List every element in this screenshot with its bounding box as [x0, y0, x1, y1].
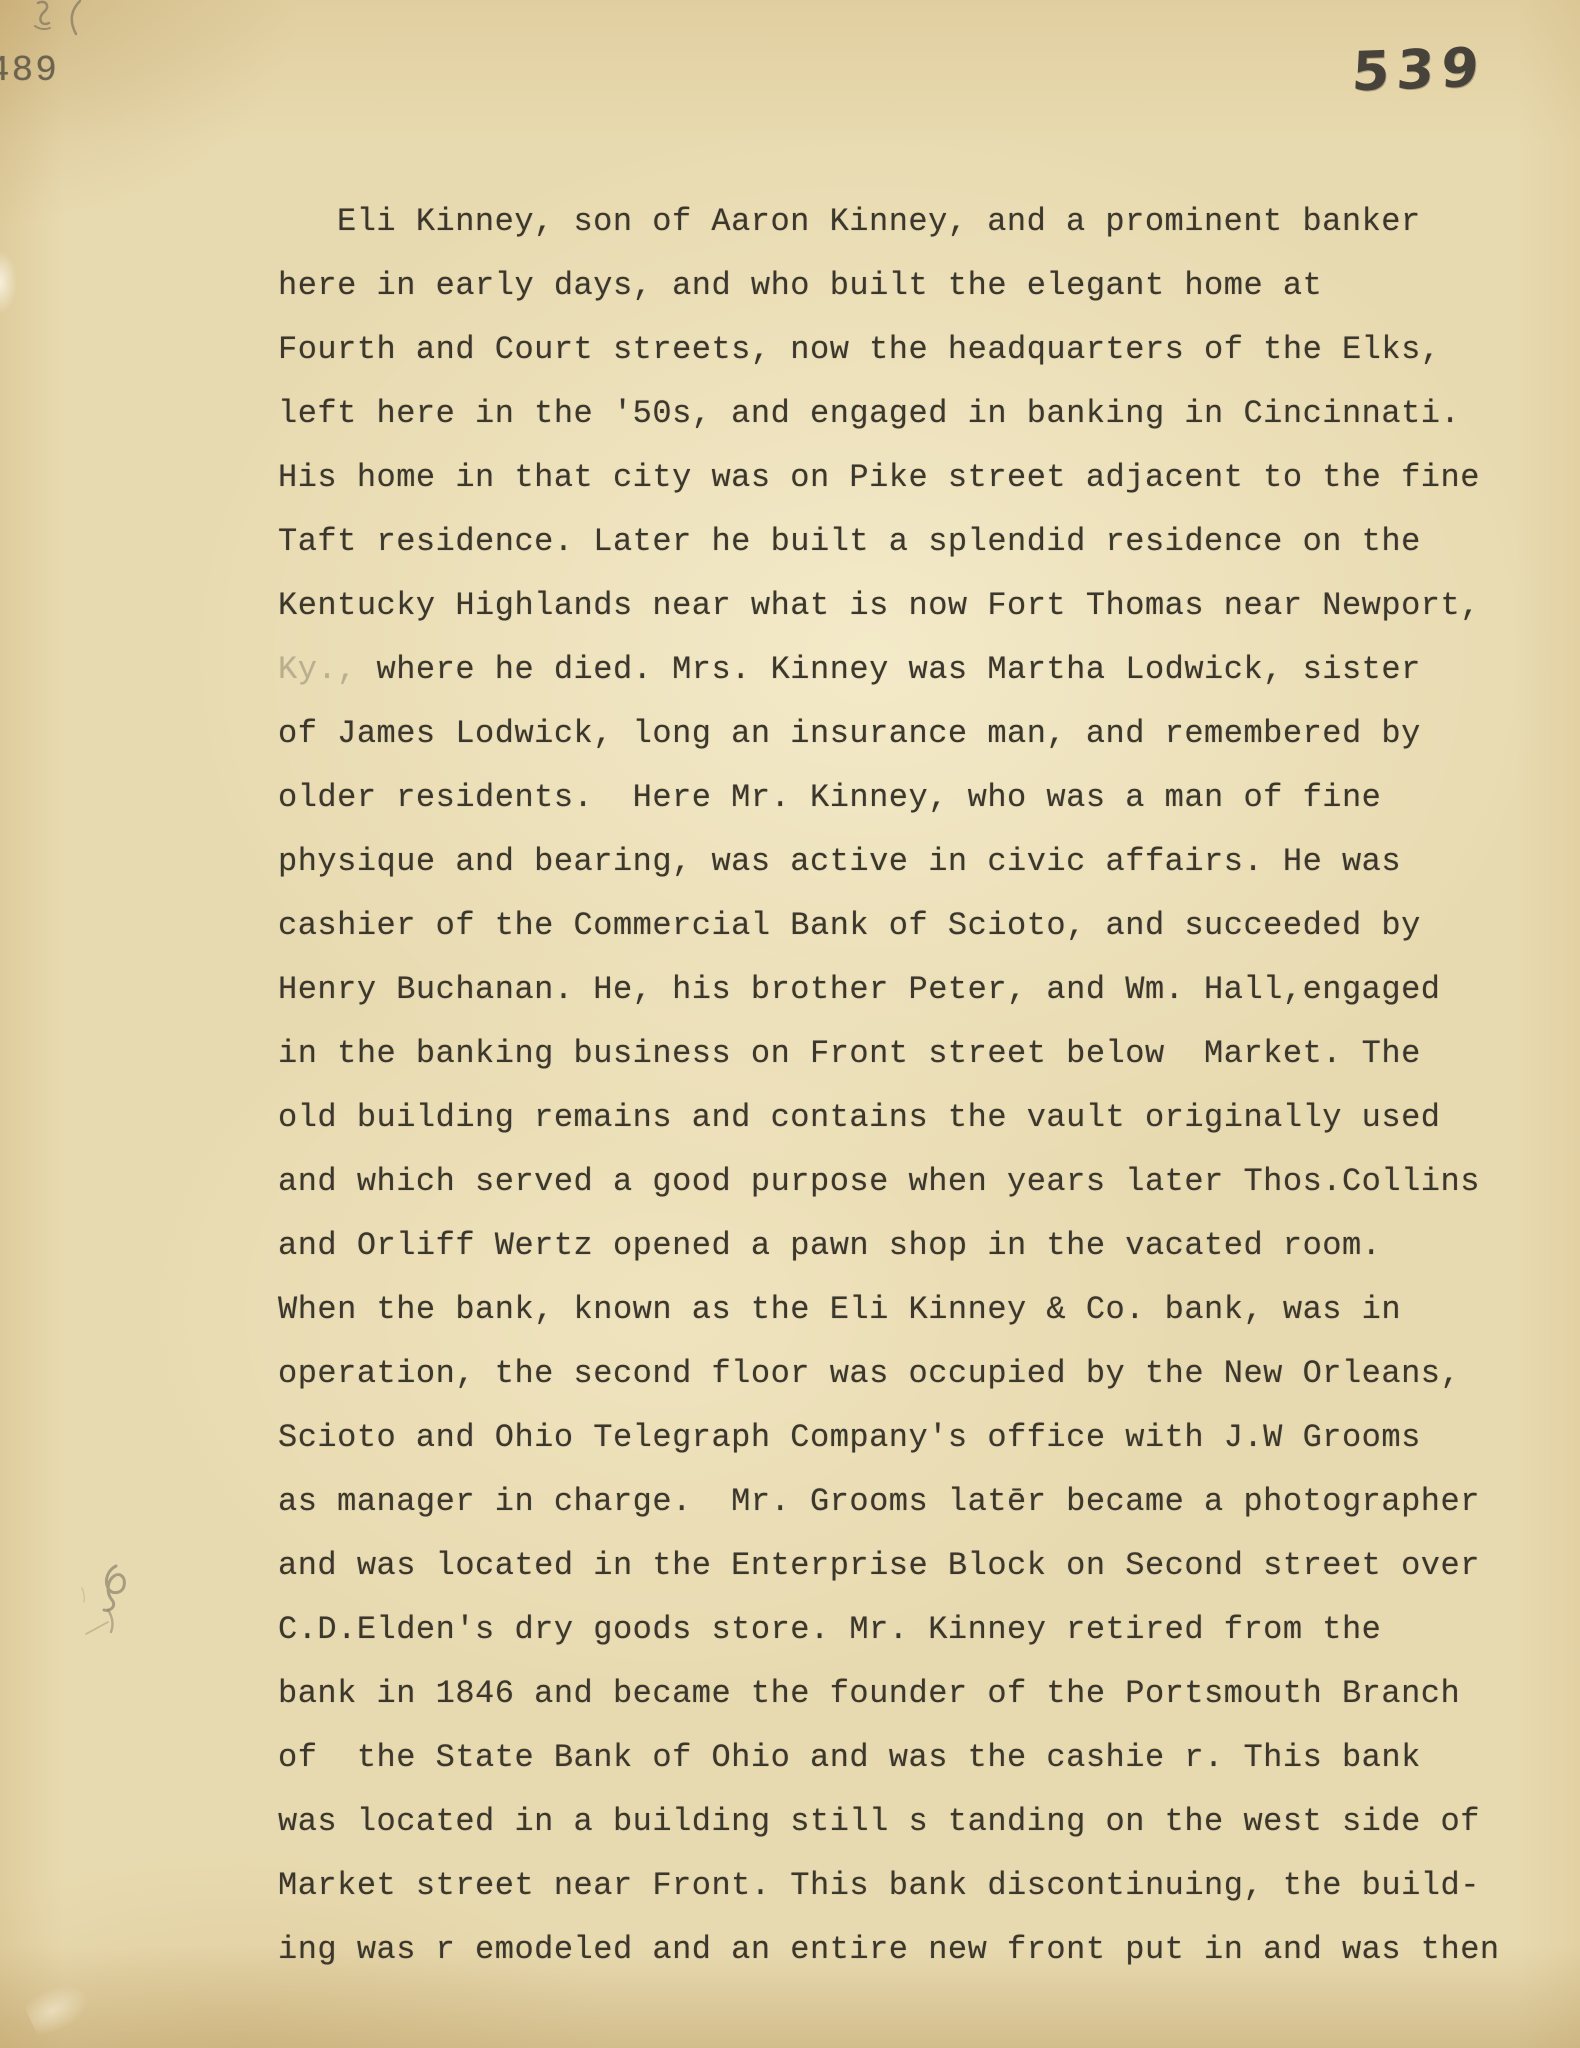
text-line: Kentucky Highlands near what is now Fort…	[278, 574, 1518, 638]
text-line: Ky., where he died. Mrs. Kinney was Mart…	[278, 638, 1518, 702]
text-line: Eli Kinney, son of Aaron Kinney, and a p…	[278, 190, 1518, 254]
text-line: bank in 1846 and became the founder of t…	[278, 1662, 1518, 1726]
text-line: left here in the '50s, and engaged in ba…	[278, 382, 1518, 446]
text-line: and was located in the Enterprise Block …	[278, 1534, 1518, 1598]
text-line: C.D.Elden's dry goods store. Mr. Kinney …	[278, 1598, 1518, 1662]
text-line: When the bank, known as the Eli Kinney &…	[278, 1278, 1518, 1342]
text-line: His home in that city was on Pike street…	[278, 446, 1518, 510]
text-line: operation, the second floor was occupied…	[278, 1342, 1518, 1406]
line-text: where he died. Mrs. Kinney was Martha Lo…	[357, 651, 1421, 688]
text-line: older residents. Here Mr. Kinney, who wa…	[278, 766, 1518, 830]
text-line: and which served a good purpose when yea…	[278, 1150, 1518, 1214]
text-line: physique and bearing, was active in civi…	[278, 830, 1518, 894]
document-page: 489 539 Eli Kinney, son of Aaron Kinney,…	[0, 0, 1580, 2048]
text-line: Henry Buchanan. He, his brother Peter, a…	[278, 958, 1518, 1022]
text-line: cashier of the Commercial Bank of Scioto…	[278, 894, 1518, 958]
text-line: here in early days, and who built the el…	[278, 254, 1518, 318]
pencil-scribble-icon	[22, 0, 118, 38]
text-line: old building remains and contains the va…	[278, 1086, 1518, 1150]
faded-word: Ky.,	[278, 651, 357, 688]
text-line: was located in a building still s tandin…	[278, 1790, 1518, 1854]
text-line: ing was r emodeled and an entire new fro…	[278, 1918, 1518, 1982]
stamped-page-number: 489	[0, 50, 59, 91]
text-line: Fourth and Court streets, now the headqu…	[278, 318, 1518, 382]
text-line: as manager in charge. Mr. Grooms latēr b…	[278, 1470, 1518, 1534]
handwritten-page-number: 539	[1350, 36, 1487, 104]
text-line: of James Lodwick, long an insurance man,…	[278, 702, 1518, 766]
typewritten-text-block: Eli Kinney, son of Aaron Kinney, and a p…	[278, 190, 1518, 1982]
text-line: Market street near Front. This bank disc…	[278, 1854, 1518, 1918]
paper-corner-spot	[22, 1977, 93, 2039]
text-line: and Orliff Wertz opened a pawn shop in t…	[278, 1214, 1518, 1278]
text-line: Taft residence. Later he built a splendi…	[278, 510, 1518, 574]
text-line: Scioto and Ohio Telegraph Company's offi…	[278, 1406, 1518, 1470]
text-line: in the banking business on Front street …	[278, 1022, 1518, 1086]
paper-edge-chip	[0, 252, 16, 312]
text-line: of the State Bank of Ohio and was the ca…	[278, 1726, 1518, 1790]
pencil-smudge-icon	[78, 1548, 148, 1658]
